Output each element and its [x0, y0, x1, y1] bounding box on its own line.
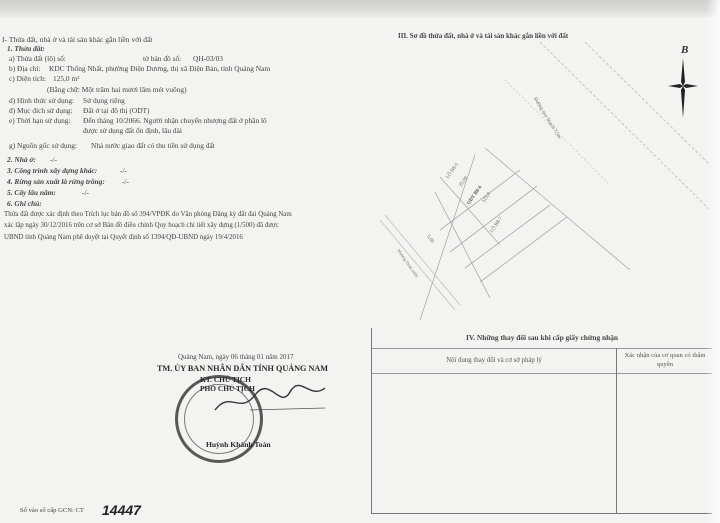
perennial-trees-heading: 5. Cây lâu năm: [7, 188, 56, 197]
parcel-number-label: a) Thửa đất (lô) số: [9, 54, 66, 63]
address-value: KDC Thống Nhất, phường Điện Dương, thị x… [49, 64, 270, 73]
parcel-map [380, 40, 710, 320]
notes-line-1: Thửa đất được xác định theo Trích lục bả… [4, 210, 292, 219]
house-value: -/- [50, 155, 57, 164]
origin-label: g) Nguồn gốc sử dụng: [9, 141, 77, 150]
column-header-confirmation: Xác nhận của cơ quan có thẩm quyền [618, 351, 712, 369]
registry-number: 14447 [102, 502, 141, 518]
term-value-line1: Đến tháng 10/2066. Người nhận chuyển như… [83, 116, 267, 125]
north-arrow-icon [668, 58, 698, 118]
purpose-value: Đất ở tại đô thị (ODT) [83, 106, 150, 115]
scan-edge [706, 0, 720, 523]
section-1-heading: I- Thửa đất, nhà ở và tài sản khác gắn l… [2, 35, 153, 44]
address-label: b) Địa chỉ: [9, 64, 41, 73]
usage-form-label: d) Hình thức sử dụng: [9, 96, 74, 105]
term-value-line2: được sử dụng đất ổn định, lâu dài [83, 126, 182, 135]
section-4-heading: IV. Những thay đổi sau khi cấp giấy chứn… [372, 328, 712, 349]
other-construction-heading: 3. Công trình xây dựng khác: [7, 166, 97, 175]
authority-title: TM. ỦY BAN NHÂN DÂN TỈNH QUẢNG NAM [157, 364, 328, 373]
usage-form-value: Sử dụng riêng [83, 96, 125, 105]
perennial-trees-value: -/- [82, 188, 89, 197]
map-sheet-label: tờ bản đồ số: [143, 54, 181, 63]
map-sheet-value: QH-03/03 [193, 54, 223, 63]
registry-label: Số vào sổ cấp GCN: CT [20, 506, 84, 515]
production-forest-value: -/- [122, 177, 129, 186]
house-heading: 2. Nhà ở: [7, 155, 36, 164]
term-label: e) Thời hạn sử dụng: [9, 116, 71, 125]
area-label: c) Diện tích: [9, 74, 46, 83]
column-header-content: Nội dung thay đổi và cơ sở pháp lý [372, 348, 616, 373]
notes-line-3: UBND tỉnh Quảng Nam phê duyệt tại Quyết … [4, 233, 243, 242]
notes-heading: 6. Ghi chú: [7, 199, 42, 208]
role-line-2: PHÓ CHỦ TỊCH [200, 384, 255, 393]
origin-value: Nhà nước giao đất có thu tiền sử dụng đấ… [91, 141, 215, 150]
notes-line-2: xác lập ngày 30/12/2016 trên cơ sở Bản đ… [4, 221, 279, 230]
column-divider [616, 348, 617, 513]
area-in-words: (Bằng chữ: Một trăm hai mươi lăm mét vuô… [47, 85, 187, 94]
changes-table-header: Nội dung thay đổi và cơ sở pháp lý Xác n… [372, 348, 712, 374]
place-date: Quảng Nam, ngày 06 tháng 01 năm 2017 [178, 353, 293, 362]
role-line-1: KT. CHỦ TỊCH [200, 375, 251, 384]
production-forest-heading: 4. Rừng sản xuất là rừng trồng: [7, 177, 105, 186]
land-parcel-heading: 1. Thửa đất: [7, 44, 45, 53]
changes-table: IV. Những thay đổi sau khi cấp giấy chứn… [371, 328, 712, 514]
signer-name: Huỳnh Khánh Toàn [206, 440, 271, 449]
north-label: B [681, 46, 688, 55]
area-value: 125,0 m² [53, 74, 79, 83]
purpose-label: đ) Mục đích sử dụng: [9, 106, 73, 115]
other-construction-value: -/- [120, 166, 127, 175]
scan-shadow [0, 0, 720, 18]
